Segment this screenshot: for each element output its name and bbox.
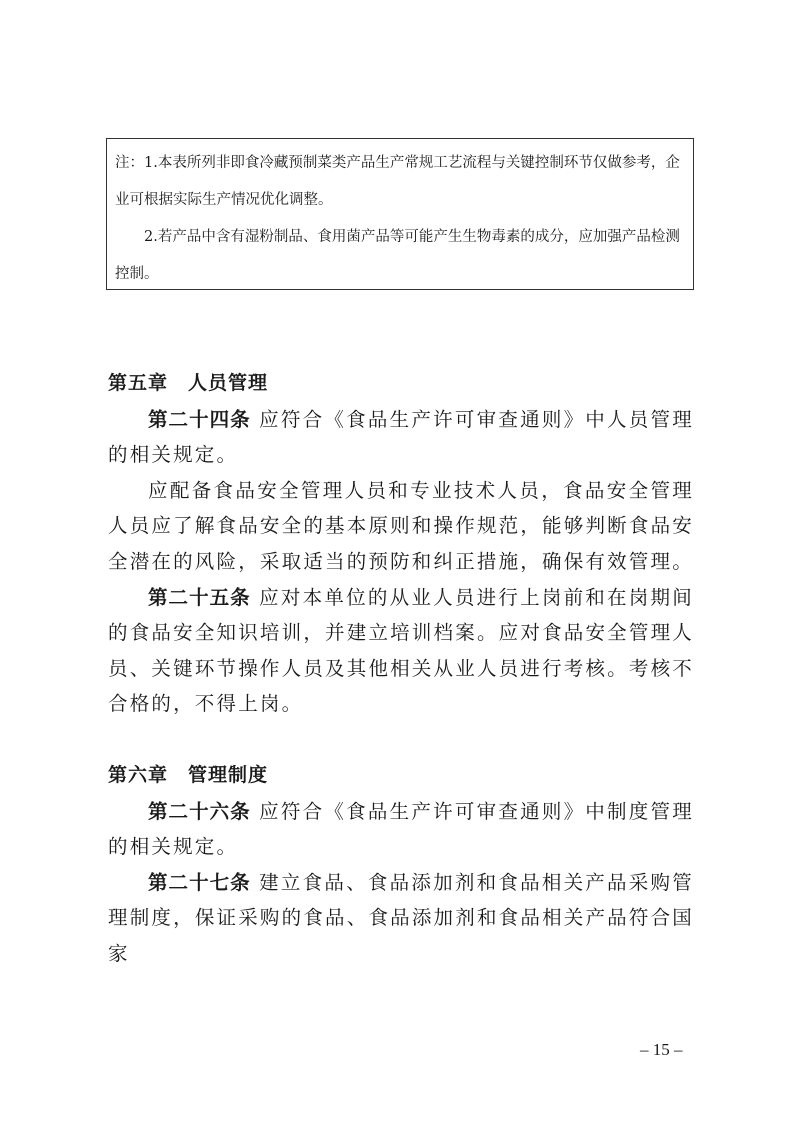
page-number: – 15 – [640,1040,683,1060]
article-24: 第二十四条 应符合《食品生产许可审查通则》中人员管理的相关规定。 [108,402,694,473]
article-25: 第二十五条 应对本单位的从业人员进行上岗前和在岗期间的食品安全知识培训，并建立培… [108,580,694,722]
article-27: 第二十七条 建立食品、食品添加剂和食品相关产品采购管理制度，保证采购的食品、食品… [108,865,694,972]
article-label: 第二十六条 [148,800,251,823]
article-label: 第二十四条 [148,408,251,431]
article-label: 第二十七条 [148,871,251,894]
table-note-box: 注：1.本表所列非即食冷藏预制菜类产品生产常规工艺流程与关键控制环节仅做参考，企… [106,138,694,290]
note-item-2: 2.若产品中含有湿粉制品、食用菌产品等可能产生生物毒素的成分，应加强产品检测控制… [115,219,687,293]
document-body: 第五章 人员管理 第二十四条 应符合《食品生产许可审查通则》中人员管理的相关规定… [108,366,694,972]
article-label: 第二十五条 [148,586,251,609]
chapter-title: 第六章 管理制度 [108,758,694,794]
chapter-title: 第五章 人员管理 [108,366,694,402]
paragraph: 应配备食品安全管理人员和专业技术人员，食品安全管理人员应了解食品安全的基本原则和… [108,473,694,580]
article-26: 第二十六条 应符合《食品生产许可审查通则》中制度管理的相关规定。 [108,794,694,865]
note-item-1: 注：1.本表所列非即食冷藏预制菜类产品生产常规工艺流程与关键控制环节仅做参考，企… [115,145,687,219]
